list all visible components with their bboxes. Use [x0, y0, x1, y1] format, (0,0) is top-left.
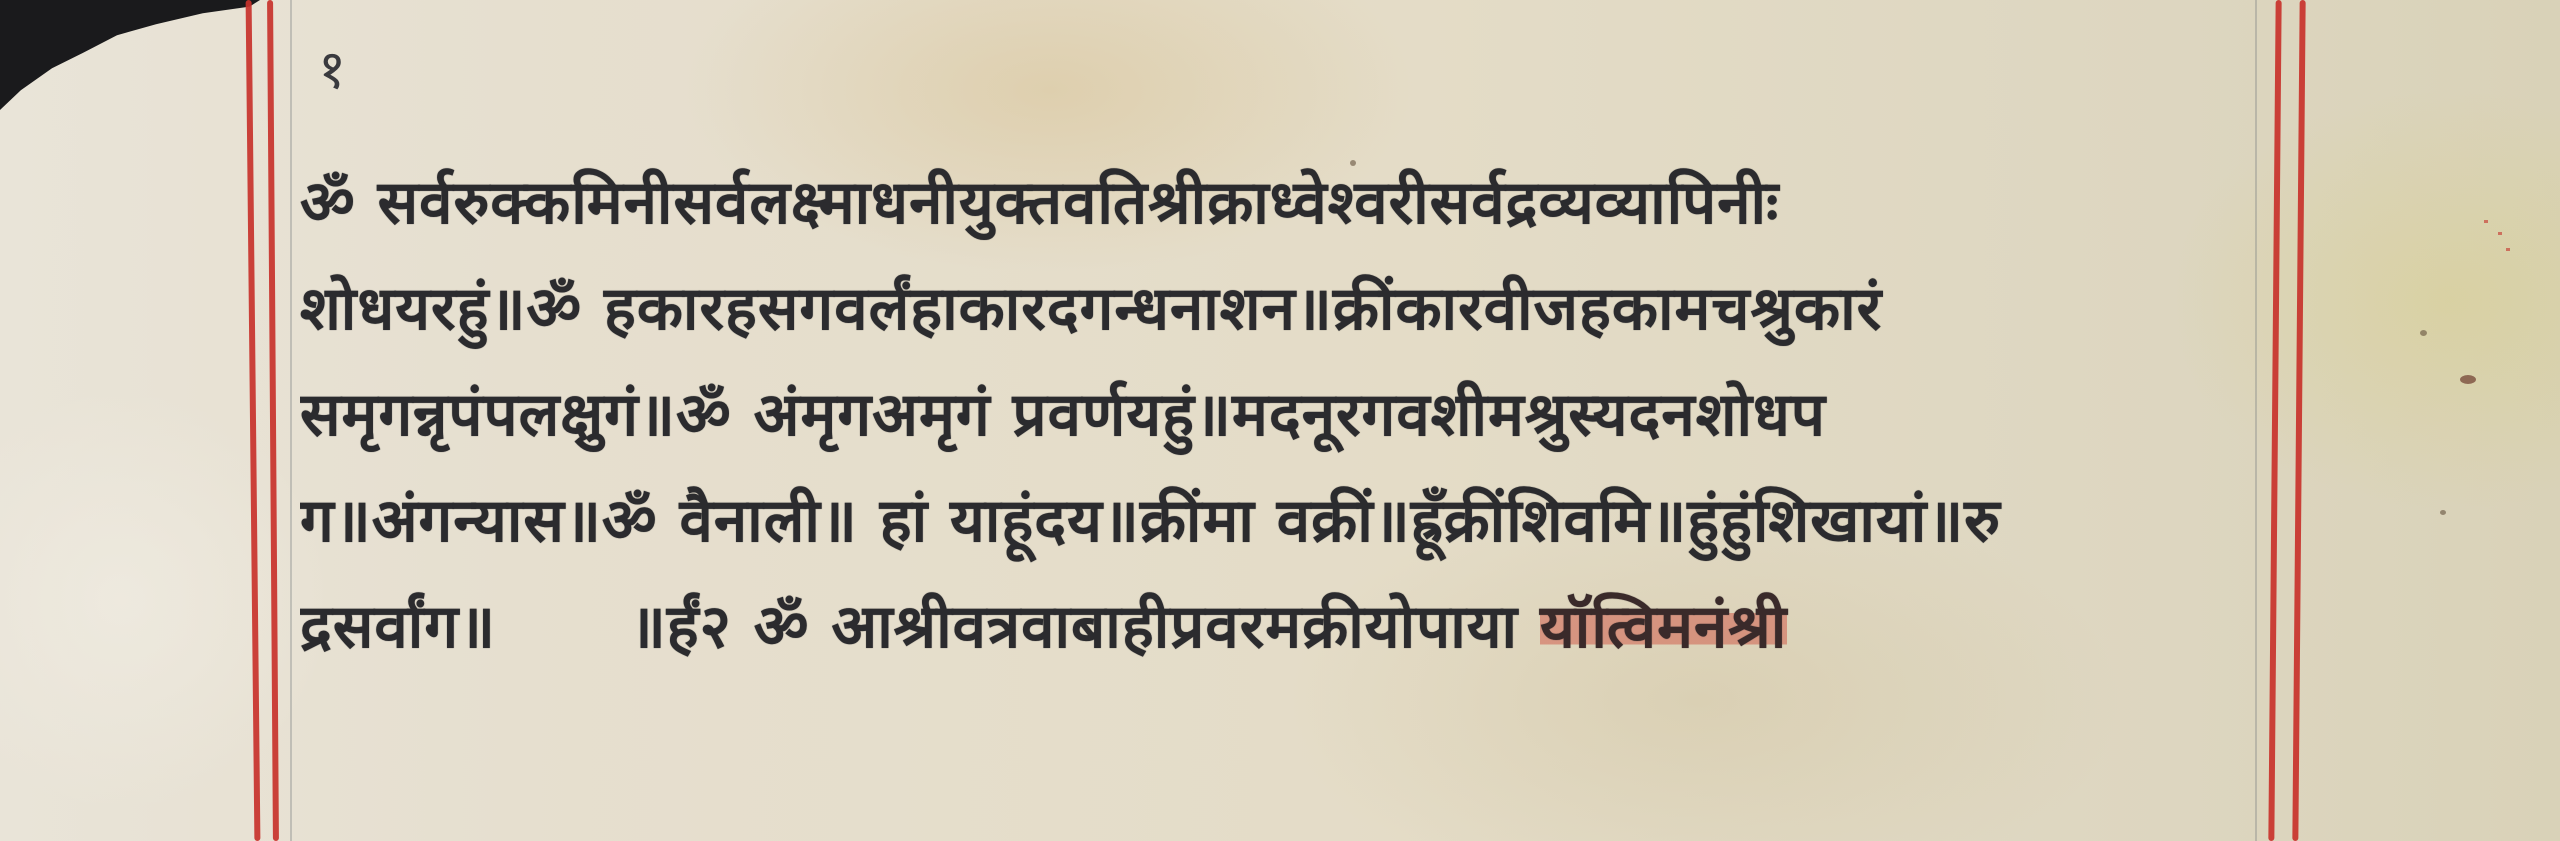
- manuscript-text-block: ॐ सर्वरुक्कमिनीसर्वलक्ष्माधनीयुक्तवतिश्र…: [300, 150, 2260, 680]
- left-pencil-ruling: [290, 0, 292, 841]
- paper-speck: [2440, 510, 2446, 515]
- text-line-2: शोधयरहुं॥ॐ हकारहसगवर्लंहाकारदगन्धनाशन॥क्…: [300, 256, 2260, 362]
- text-line-5-rubric: यॉत्विमनंश्री: [1540, 592, 1787, 662]
- text-line-5: द्रसर्वांग॥ ॥र्हं२ ॐ आश्रीवत्रवाबाहीप्रव…: [300, 574, 2260, 680]
- folio-mark: १: [318, 30, 346, 104]
- text-line-5-continuation: ॥र्हं२ ॐ आश्रीवत्रवाबाहीप्रवरमक्रीयोपाया: [630, 592, 1518, 662]
- red-pigment-fleck: [2506, 248, 2510, 251]
- text-line-3: समृगन्नृपंपलक्षुगं॥ॐ अंमृगअमृगं प्रवर्णय…: [300, 362, 2260, 468]
- text-line-4: ग॥अंगन्यास॥ॐ वैनाली॥ हां याहूंदय॥क्रींमा…: [300, 468, 2260, 574]
- red-pigment-fleck: [2484, 220, 2488, 223]
- paper-speck: [2420, 330, 2427, 336]
- paper-speck: [1350, 160, 1356, 166]
- text-line-5-start: द्रसर्वांग॥: [300, 592, 496, 662]
- red-pigment-fleck: [2498, 232, 2502, 235]
- text-line-1: ॐ सर्वरुक्कमिनीसर्वलक्ष्माधनीयुक्तवतिश्र…: [300, 150, 2260, 256]
- paper-stain: [2460, 375, 2476, 384]
